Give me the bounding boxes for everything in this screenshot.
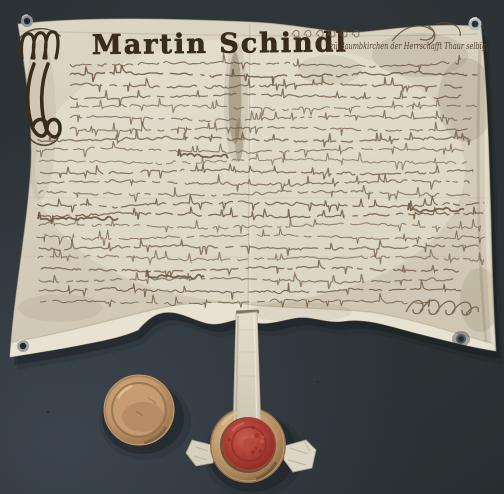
heading-place-text: zü Baumbkirchen der Herrschafft Thaur se…	[329, 41, 488, 52]
grommet-icon	[452, 331, 470, 347]
wax-fleck	[255, 447, 258, 450]
wax-fleck	[228, 438, 231, 441]
wax-fleck	[254, 433, 259, 438]
grommet-icon	[17, 340, 29, 352]
wax-fleck	[251, 450, 256, 455]
wax-fleck	[243, 454, 245, 456]
grommet-icon	[21, 15, 33, 27]
wax-fleck	[260, 439, 264, 443]
wax-seal	[186, 310, 316, 494]
background-speck	[317, 381, 319, 383]
grommet-icon	[469, 18, 482, 31]
charter-photograph: Martin Schindl zü Baumbkirchen der Herrs…	[0, 0, 504, 494]
heading-name-text: Martin Schindl	[92, 27, 348, 61]
seal-capsule-lid	[99, 375, 191, 460]
background-speck	[47, 411, 49, 413]
wax-fleck	[259, 450, 262, 453]
charter-photo-svg: Martin Schindl zü Baumbkirchen der Herrs…	[0, 0, 504, 494]
wax-fleck	[251, 435, 254, 438]
